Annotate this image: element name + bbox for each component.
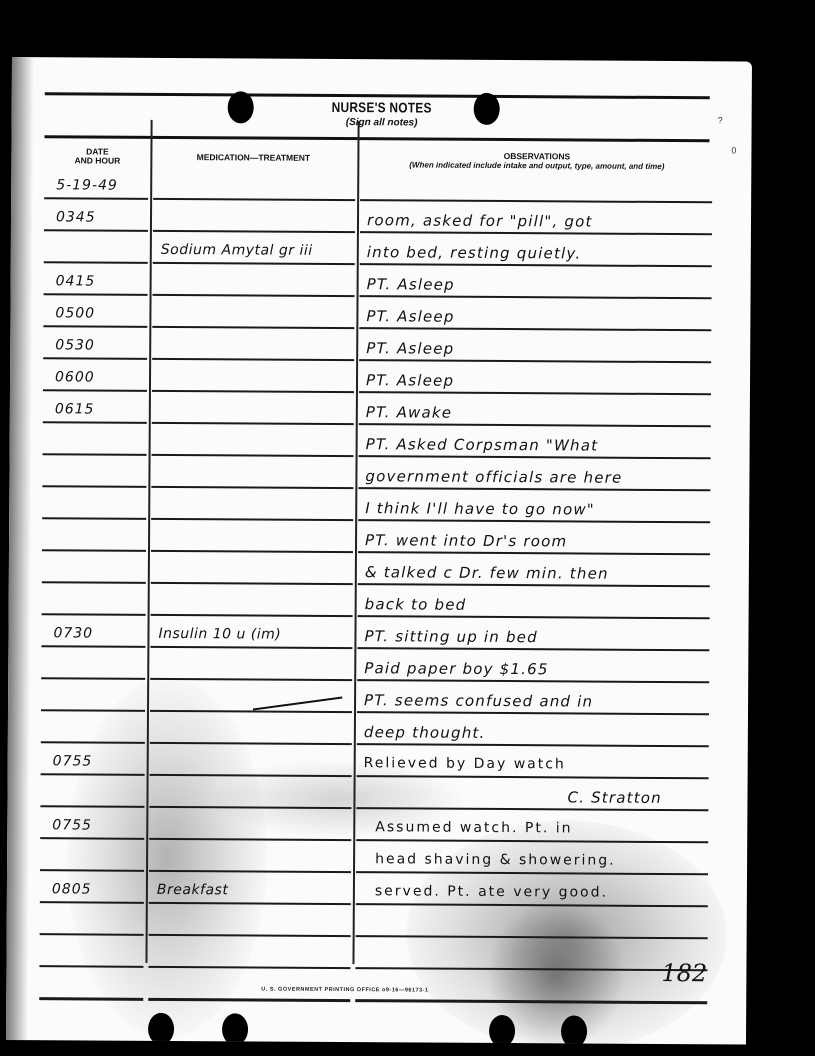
row-rule xyxy=(43,453,147,456)
row-rule xyxy=(151,486,353,489)
date-cell: 0600 xyxy=(55,369,95,385)
row-rule xyxy=(41,741,145,744)
row-rule xyxy=(150,742,352,745)
row-rule xyxy=(359,391,711,395)
date-cell: 0530 xyxy=(55,337,95,353)
row-rule xyxy=(43,357,147,360)
date-cell: 0755 xyxy=(53,753,93,769)
form-title: NURSE'S NOTES xyxy=(67,97,696,117)
row-rule xyxy=(41,709,145,712)
row-rule xyxy=(152,390,354,393)
row-rule xyxy=(358,615,710,619)
medication-cell: Sodium Amytal gr iii xyxy=(161,242,313,259)
row-rule xyxy=(44,229,148,232)
row-rule xyxy=(40,837,144,840)
observation-cell: room, asked for "pill", got xyxy=(367,211,593,230)
observation-cell: government officials are here xyxy=(365,467,622,487)
row-rule xyxy=(150,710,352,713)
margin-mark: 0 xyxy=(731,145,736,155)
date-cell: 0345 xyxy=(56,209,96,225)
row-rule xyxy=(153,262,355,265)
observation-cell: PT. Asleep xyxy=(366,371,454,390)
row-rule xyxy=(360,231,712,235)
row-rule xyxy=(151,518,353,521)
column-header-date-hour: DATE AND HOUR xyxy=(44,147,150,166)
row-rule xyxy=(150,774,352,777)
row-rule xyxy=(360,263,712,267)
row-rule xyxy=(358,551,710,555)
row-rule xyxy=(357,679,709,683)
row-rule xyxy=(356,935,708,939)
notes-table: 5-19-490345room, asked for "pill", gotSo… xyxy=(12,57,752,62)
observation-cell: into bed, resting quietly. xyxy=(367,243,582,262)
row-rule xyxy=(152,358,354,361)
observation-cell: PT. Asked Corpsman "What xyxy=(366,435,599,454)
row-rule xyxy=(153,198,355,201)
row-rule xyxy=(150,646,352,649)
column-divider xyxy=(145,120,152,963)
punch-hole-bottom xyxy=(489,1015,515,1045)
row-rule xyxy=(41,645,145,648)
form-subtitle: (Sign all notes) xyxy=(12,115,752,131)
observation-cell: I think I'll have to go now" xyxy=(365,499,595,518)
row-rule xyxy=(39,997,143,1001)
observation-cell: C. Stratton xyxy=(567,788,662,807)
pen-stroke xyxy=(253,697,342,711)
punch-hole-bottom xyxy=(222,1013,248,1044)
medication-cell: Breakfast xyxy=(157,882,229,898)
row-rule xyxy=(44,197,148,200)
row-rule xyxy=(149,806,351,809)
observation-cell: served. Pt. ate very good. xyxy=(375,883,608,900)
observation-cell: PT. went into Dr's room xyxy=(365,531,567,550)
row-rule xyxy=(43,421,147,424)
row-rule xyxy=(150,678,352,681)
row-rule xyxy=(360,295,712,299)
date-cell: 5-19-49 xyxy=(56,177,118,193)
row-rule xyxy=(42,613,146,616)
punch-hole-bottom xyxy=(561,1015,587,1044)
row-rule xyxy=(357,647,709,651)
page-number: 182 xyxy=(661,959,707,987)
printer-imprint: U. S. GOVERNMENT PRINTING OFFICE o9-16—9… xyxy=(261,987,428,994)
row-rule xyxy=(151,582,353,585)
row-rule xyxy=(152,326,354,329)
column-header-hour: AND HOUR xyxy=(44,156,150,166)
row-rule xyxy=(359,423,711,427)
observation-cell: deep thought. xyxy=(364,723,486,742)
row-rule xyxy=(355,999,707,1004)
row-rule xyxy=(356,839,708,843)
row-rule xyxy=(40,901,144,904)
row-rule xyxy=(42,581,146,584)
observation-cell: PT. seems confused and in xyxy=(364,691,593,710)
row-rule xyxy=(357,743,709,747)
date-cell: 0755 xyxy=(52,817,92,833)
row-rule xyxy=(148,998,350,1002)
observation-cell: PT. Asleep xyxy=(366,339,454,358)
row-rule xyxy=(39,965,143,968)
scan-smudge xyxy=(66,677,268,1038)
date-cell: 0615 xyxy=(55,401,95,417)
row-rule xyxy=(149,934,351,937)
column-header-medication: MEDICATION—TREATMENT xyxy=(153,153,353,163)
row-rule xyxy=(357,711,709,715)
row-rule xyxy=(358,519,710,523)
row-rule xyxy=(42,517,146,520)
header-rule xyxy=(45,135,710,142)
row-rule xyxy=(42,485,146,488)
row-rule xyxy=(41,773,145,776)
row-rule xyxy=(357,775,709,779)
row-rule xyxy=(40,805,144,808)
scan-shadow-left xyxy=(6,57,34,1040)
observation-cell: PT. Asleep xyxy=(366,307,454,326)
row-rule xyxy=(149,870,351,873)
punch-hole-bottom xyxy=(148,1013,174,1045)
row-rule xyxy=(153,294,355,297)
row-rule xyxy=(149,902,351,905)
margin-mark: ? xyxy=(718,115,723,125)
observation-cell: head shaving & showering. xyxy=(375,851,616,868)
row-rule xyxy=(151,614,353,617)
row-rule xyxy=(359,359,711,363)
row-rule xyxy=(153,230,355,233)
row-rule xyxy=(356,807,708,811)
row-rule xyxy=(358,583,710,587)
column-divider xyxy=(352,121,359,964)
observation-cell: & talked c Dr. few min. then xyxy=(365,563,609,582)
row-rule xyxy=(44,293,148,296)
nurses-notes-page: NURSE'S NOTES (Sign all notes) DATE AND … xyxy=(6,57,752,1045)
column-header-observations-note: (When indicated include intake and outpu… xyxy=(359,160,714,171)
row-rule xyxy=(356,903,708,907)
row-rule xyxy=(40,933,144,936)
row-rule xyxy=(148,966,350,969)
observation-cell: Relieved by Day watch xyxy=(364,755,566,772)
medication-cell: Insulin 10 u (im) xyxy=(158,626,281,643)
row-rule xyxy=(359,455,711,459)
column-header-observations: OBSERVATIONS (When indicated include int… xyxy=(359,151,714,171)
row-rule xyxy=(44,261,148,264)
date-cell: 0500 xyxy=(55,305,95,321)
row-rule xyxy=(151,550,353,553)
observation-cell: Assumed watch. Pt. in xyxy=(375,819,572,836)
row-rule xyxy=(149,838,351,841)
row-rule xyxy=(355,967,707,971)
row-rule xyxy=(356,871,708,875)
date-cell: 0730 xyxy=(53,625,93,641)
row-rule xyxy=(42,549,146,552)
observation-cell: back to bed xyxy=(365,595,467,614)
row-rule xyxy=(43,325,147,328)
row-rule xyxy=(358,487,710,491)
date-cell: 0805 xyxy=(52,881,92,897)
row-rule xyxy=(359,327,711,331)
row-rule xyxy=(43,389,147,392)
row-rule xyxy=(41,677,145,680)
observation-cell: PT. sitting up in bed xyxy=(364,627,537,646)
row-rule xyxy=(152,422,354,425)
row-rule xyxy=(360,199,712,203)
row-rule xyxy=(40,869,144,872)
observation-cell: PT. Awake xyxy=(366,403,453,422)
date-cell: 0415 xyxy=(56,273,96,289)
observation-cell: PT. Asleep xyxy=(367,275,455,294)
row-rule xyxy=(152,454,354,457)
observation-cell: Paid paper boy $1.65 xyxy=(364,659,548,678)
